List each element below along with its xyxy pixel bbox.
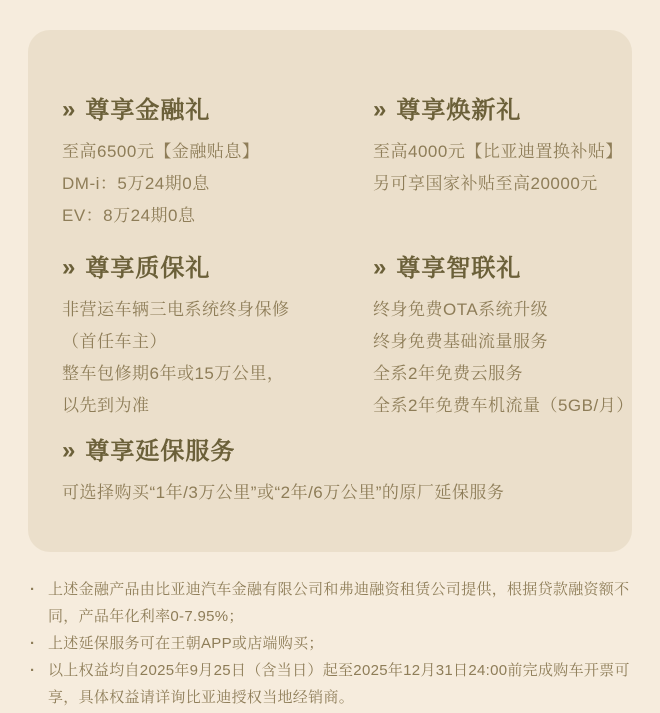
- double-chevron-icon: »: [373, 98, 387, 122]
- section-line: 整车包修期6年或15万公里，: [62, 358, 373, 390]
- double-chevron-icon: »: [62, 256, 76, 280]
- double-chevron-icon: »: [373, 256, 387, 280]
- section-title-extended-warranty: » 尊享延保服务: [62, 435, 612, 469]
- section-title-connectivity: » 尊享智联礼: [373, 252, 634, 286]
- section-title-renewal: » 尊享焕新礼: [373, 94, 623, 128]
- footnote-item: · 以上权益均自2025年9月25日（含当日）起至2025年12月31日24:0…: [30, 657, 636, 711]
- section-title-text: 尊享延保服务: [85, 435, 235, 469]
- section-line: （首任车主）: [62, 326, 373, 358]
- section-title-text: 尊享焕新礼: [396, 94, 521, 128]
- bullet-icon: ·: [30, 576, 48, 603]
- section-warranty-gift: » 尊享质保礼 非营运车辆三电系统终身保修 （首任车主） 整车包修期6年或15万…: [62, 252, 373, 422]
- footnote-item: · 上述延保服务可在王朝APP或店端购买；: [30, 630, 636, 657]
- footnote-text: 以上权益均自2025年9月25日（含当日）起至2025年12月31日24:00前…: [48, 657, 636, 711]
- section-title-finance: » 尊享金融礼: [62, 94, 373, 128]
- section-title-warranty: » 尊享质保礼: [62, 252, 373, 286]
- section-title-text: 尊享质保礼: [85, 252, 210, 286]
- section-line: 至高6500元【金融贴息】: [62, 136, 373, 168]
- benefits-row-3: » 尊享延保服务 可选择购买“1年/3万公里”或“2年/6万公里”的原厂延保服务: [62, 435, 612, 509]
- section-line: 可选择购买“1年/3万公里”或“2年/6万公里”的原厂延保服务: [62, 477, 612, 509]
- section-line: 以先到为准: [62, 390, 373, 422]
- benefits-row-2: » 尊享质保礼 非营运车辆三电系统终身保修 （首任车主） 整车包修期6年或15万…: [62, 252, 612, 422]
- double-chevron-icon: »: [62, 98, 76, 122]
- section-line: 全系2年免费车机流量（5GB/月）: [373, 390, 634, 422]
- section-line: 另可享国家补贴至高20000元: [373, 168, 623, 200]
- section-renewal-gift: » 尊享焕新礼 至高4000元【比亚迪置换补贴】 另可享国家补贴至高20000元: [373, 94, 623, 232]
- section-finance-gift: » 尊享金融礼 至高6500元【金融贴息】 DM-i：5万24期0息 EV：8万…: [62, 94, 373, 232]
- section-connectivity-gift: » 尊享智联礼 终身免费OTA系统升级 终身免费基础流量服务 全系2年免费云服务…: [373, 252, 634, 422]
- section-line: DM-i：5万24期0息: [62, 168, 373, 200]
- section-line: EV：8万24期0息: [62, 200, 373, 232]
- benefits-row-1: » 尊享金融礼 至高6500元【金融贴息】 DM-i：5万24期0息 EV：8万…: [62, 94, 612, 232]
- section-line: 终身免费基础流量服务: [373, 326, 634, 358]
- section-line: 至高4000元【比亚迪置换补贴】: [373, 136, 623, 168]
- section-line: 非营运车辆三电系统终身保修: [62, 294, 373, 326]
- section-line: 终身免费OTA系统升级: [373, 294, 634, 326]
- section-extended-warranty: » 尊享延保服务 可选择购买“1年/3万公里”或“2年/6万公里”的原厂延保服务: [62, 435, 612, 509]
- double-chevron-icon: »: [62, 439, 76, 463]
- footnote-text: 上述延保服务可在王朝APP或店端购买；: [48, 630, 636, 657]
- section-title-text: 尊享金融礼: [85, 94, 210, 128]
- footnotes: · 上述金融产品由比亚迪汽车金融有限公司和弗迪融资租赁公司提供，根据贷款融资额不…: [30, 576, 636, 711]
- footnote-text: 上述金融产品由比亚迪汽车金融有限公司和弗迪融资租赁公司提供，根据贷款融资额不同，…: [48, 576, 636, 630]
- bullet-icon: ·: [30, 657, 48, 684]
- bullet-icon: ·: [30, 630, 48, 657]
- benefits-card: » 尊享金融礼 至高6500元【金融贴息】 DM-i：5万24期0息 EV：8万…: [28, 30, 632, 552]
- section-title-text: 尊享智联礼: [396, 252, 521, 286]
- section-line: 全系2年免费云服务: [373, 358, 634, 390]
- footnote-item: · 上述金融产品由比亚迪汽车金融有限公司和弗迪融资租赁公司提供，根据贷款融资额不…: [30, 576, 636, 630]
